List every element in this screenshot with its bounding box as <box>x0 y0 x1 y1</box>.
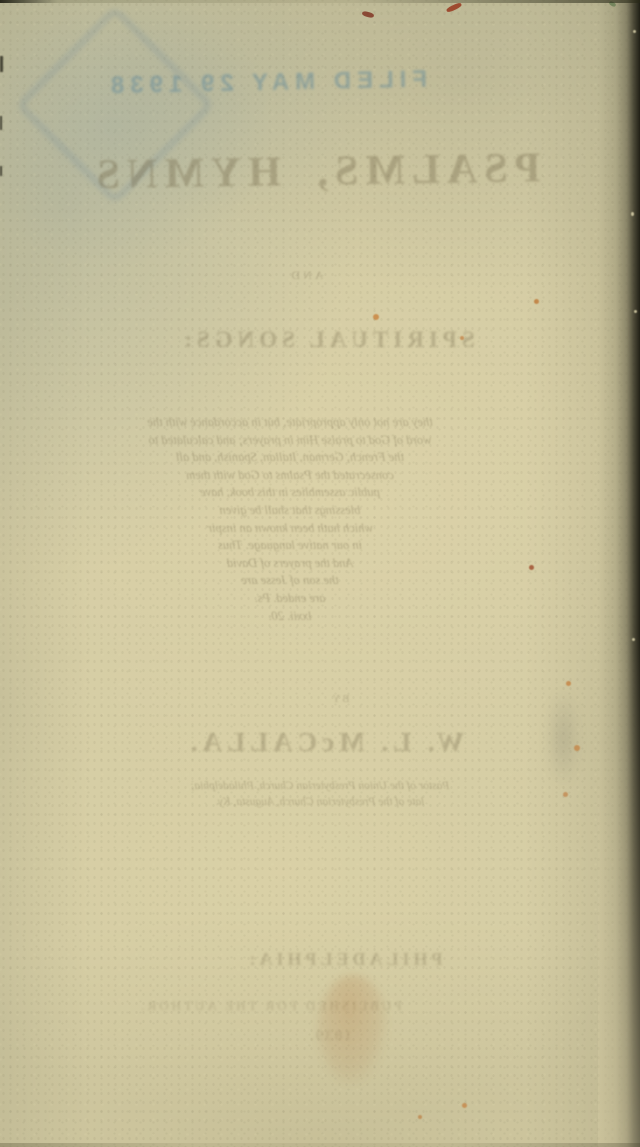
edge-paper-chip <box>631 212 634 216</box>
ghost-epigraph-line: the French, German, Italian, Spanish, an… <box>0 449 580 467</box>
ghost-conjunction: AND <box>0 268 612 283</box>
ghost-epigraph: they are not only appropriate, but in ac… <box>0 414 580 625</box>
ghost-epigraph-line: are ended. Ps. <box>0 590 580 608</box>
left-edge-nick <box>0 116 2 130</box>
foxing-spot <box>534 299 539 304</box>
left-edge-nick <box>0 56 3 72</box>
ghost-credit-line: Pastor of the Union Presbyterian Church,… <box>28 778 612 794</box>
page-edge-top <box>0 0 640 3</box>
ghost-author-credit: Pastor of the Union Presbyterian Church,… <box>28 778 612 810</box>
page-edge-bottom <box>0 1143 640 1147</box>
foxing-spot <box>362 11 375 19</box>
edge-paper-chip <box>634 310 637 313</box>
gray-smudge <box>545 688 581 788</box>
ghost-epigraph-line: they are not only appropriate, but in ac… <box>0 414 580 432</box>
ghost-title: PSALMS, HYMNS <box>18 143 613 200</box>
ghost-epigraph-line: which hath been known an inspir <box>0 520 580 538</box>
ghost-imprint-city: PHILADELPHIA: <box>76 949 612 970</box>
ghost-credit-line: late of the Presbyterian Church, Augusta… <box>28 794 612 810</box>
ghost-epigraph-line: lxxii. 20. <box>0 608 580 626</box>
ghost-subtitle: SPIRITUAL SONGS: <box>42 327 612 353</box>
ghost-epigraph-line: the son of Jesse are <box>0 572 580 590</box>
left-edge-nick <box>0 166 2 176</box>
foxing-spot <box>566 681 571 686</box>
foxing-spot <box>373 314 379 320</box>
page-edge-right <box>598 0 640 1147</box>
foxing-spot <box>418 1115 422 1119</box>
foxing-spot <box>529 565 534 570</box>
foxing-spot <box>460 336 464 340</box>
foxing-spot <box>563 792 568 797</box>
ghost-author-name: W. L. McCALLA. <box>38 727 612 758</box>
ghost-epigraph-line: consecrated the Psalms to God with them <box>0 467 580 485</box>
ghost-epigraph-line: word of God to praise Him in prayers; an… <box>0 432 580 450</box>
edge-paper-chip <box>632 638 635 641</box>
ghost-epigraph-line: And the prayers of David <box>0 555 580 573</box>
ghost-epigraph-line: in our native language. Thus <box>0 537 580 555</box>
ghost-epigraph-line: public assemblies in this book, have <box>0 484 580 502</box>
scanned-book-page: FILED MAY 29 1938 PSALMS, HYMNS AND SPIR… <box>0 0 640 1147</box>
foxing-spot <box>574 745 580 751</box>
ghost-byline-label: BY <box>68 693 612 705</box>
foxing-spot <box>446 2 463 13</box>
foxing-spot <box>462 1103 467 1108</box>
ghost-epigraph-line: blessings that shall be given <box>0 502 580 520</box>
ghost-imprint-publisher: PUBLISHED FOR THE AUTHOR. <box>0 998 540 1014</box>
edge-paper-chip <box>633 30 636 33</box>
rust-stain <box>318 975 388 1085</box>
